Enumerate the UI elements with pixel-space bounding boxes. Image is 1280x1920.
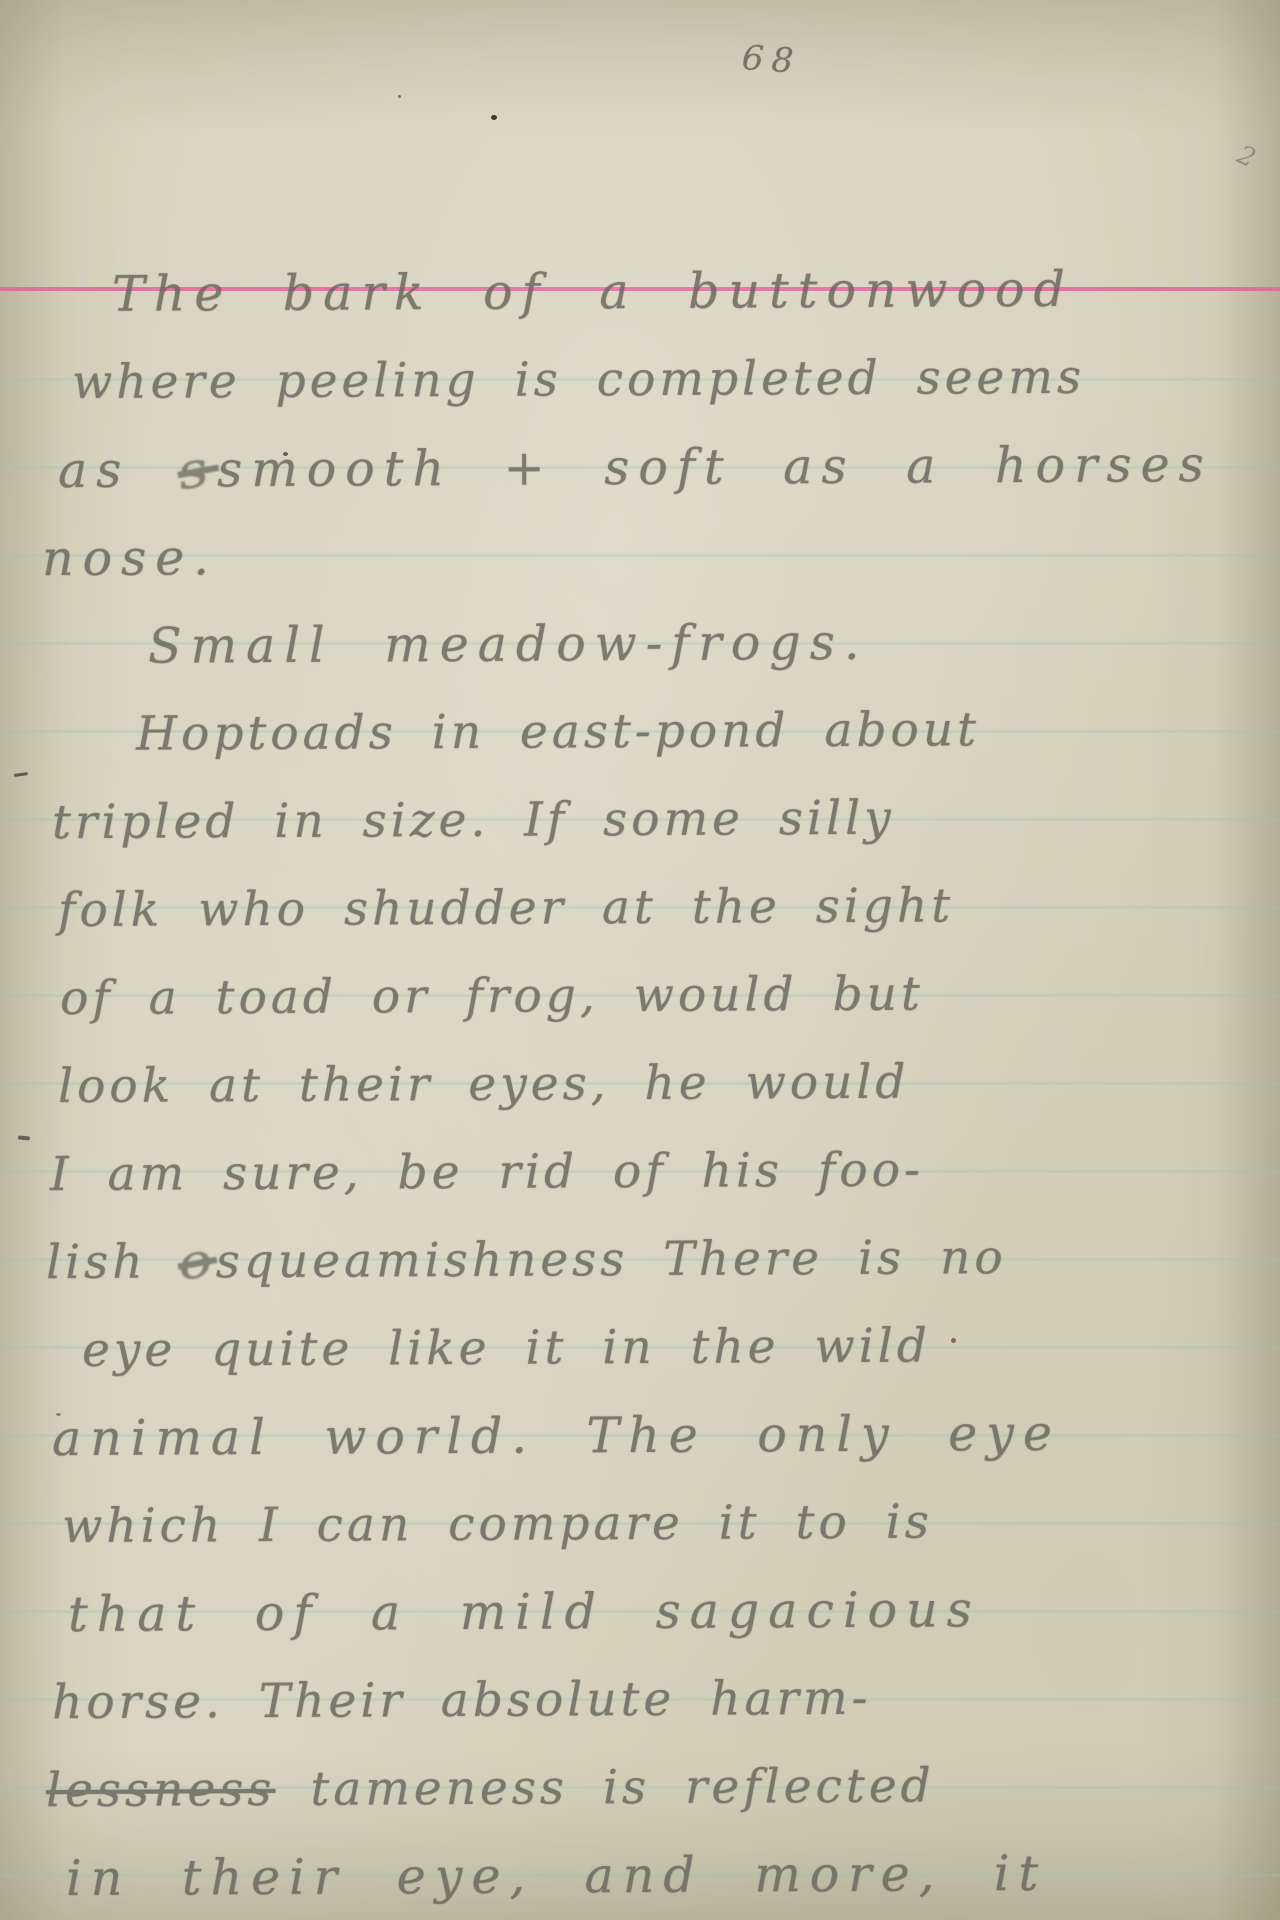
handwritten-line: that of a mild sagacious: [0, 1565, 1280, 1660]
handwriting-text: in their eye, and more, it: [66, 1845, 1047, 1907]
handwritten-line: look at their eyes, he would: [0, 1037, 1280, 1132]
handwriting-text: lish: [46, 1234, 182, 1290]
journal-page: 68 2 The bark of a buttonwoodwhere peeli…: [0, 0, 1280, 1920]
pencil-squiggle-mark: 2: [1233, 140, 1260, 174]
handwriting-text: look at their eyes, he would: [58, 1055, 910, 1114]
crossed-out-word: lessness: [46, 1762, 276, 1818]
handwriting-text: folk who shudder at the sight: [58, 878, 954, 938]
handwritten-line: of a toad or frog, would but: [0, 949, 1280, 1044]
handwritten-line: nose.: [0, 509, 1280, 604]
handwriting-text: of a toad or frog, would but: [60, 967, 924, 1027]
handwritten-line: in their eye, and more, it: [0, 1829, 1280, 1920]
handwriting-text: where peeling is completed seems: [72, 350, 1085, 410]
handwriting-text: nose.: [42, 529, 218, 587]
page-number: 68: [741, 38, 803, 82]
handwriting-text: Small meadow-frogs.: [148, 614, 869, 675]
handwritten-line: horse. Their absolute harm-: [0, 1653, 1280, 1748]
scribbled-out-mark: s: [170, 423, 226, 517]
handwritten-line: eye quite like it in the wild: [0, 1301, 1280, 1396]
handwritten-line: as ssmooth + soft as a horses: [0, 421, 1280, 516]
handwritten-line: lessness tameness is reflected: [0, 1741, 1280, 1836]
handwriting-text: eye quite like it in the wild: [82, 1318, 931, 1377]
handwriting-text: animal world. The only eye: [52, 1405, 1061, 1467]
handwritten-line: Small meadow-frogs.: [0, 597, 1280, 692]
handwriting-text: which I can compare it to is: [62, 1494, 933, 1554]
handwriting-text: as: [58, 441, 181, 499]
paper-speck: [398, 95, 401, 98]
paper-speck: [491, 115, 497, 120]
handwritten-line: where peeling is completed seems: [0, 333, 1280, 428]
handwriting-text: tripled in size. If some silly: [52, 791, 895, 850]
handwritten-line: lish osqueamishness There is no: [0, 1213, 1280, 1308]
handwriting-text: Hoptoads in east-pond about: [136, 702, 980, 761]
handwritten-line: animal world. The only eye: [0, 1389, 1280, 1484]
handwritten-text-block: The bark of a buttonwoodwhere peeling is…: [0, 248, 1280, 1920]
handwritten-line: tripled in size. If some silly: [0, 773, 1280, 868]
handwritten-line: which I can compare it to is: [0, 1477, 1280, 1572]
handwriting-text: I am sure, be rid of his foo-: [50, 1143, 924, 1203]
handwriting-text: horse. Their absolute harm-: [52, 1671, 872, 1730]
scribbled-out-mark: o: [171, 1216, 225, 1310]
handwritten-line: folk who shudder at the sight: [0, 861, 1280, 956]
handwriting-text: The bark of a buttonwood: [112, 261, 1074, 323]
handwriting-text: tameness is reflected: [275, 1758, 935, 1816]
handwritten-line: I am sure, be rid of his foo-: [0, 1125, 1280, 1220]
handwriting-text: smooth + soft as a horses: [217, 436, 1213, 498]
handwritten-line: Hoptoads in east-pond about: [0, 685, 1280, 780]
handwriting-text: squeamishness There is no: [216, 1230, 1007, 1289]
handwritten-line: The bark of a buttonwood: [0, 245, 1280, 340]
handwriting-text: that of a mild sagacious: [68, 1581, 981, 1643]
